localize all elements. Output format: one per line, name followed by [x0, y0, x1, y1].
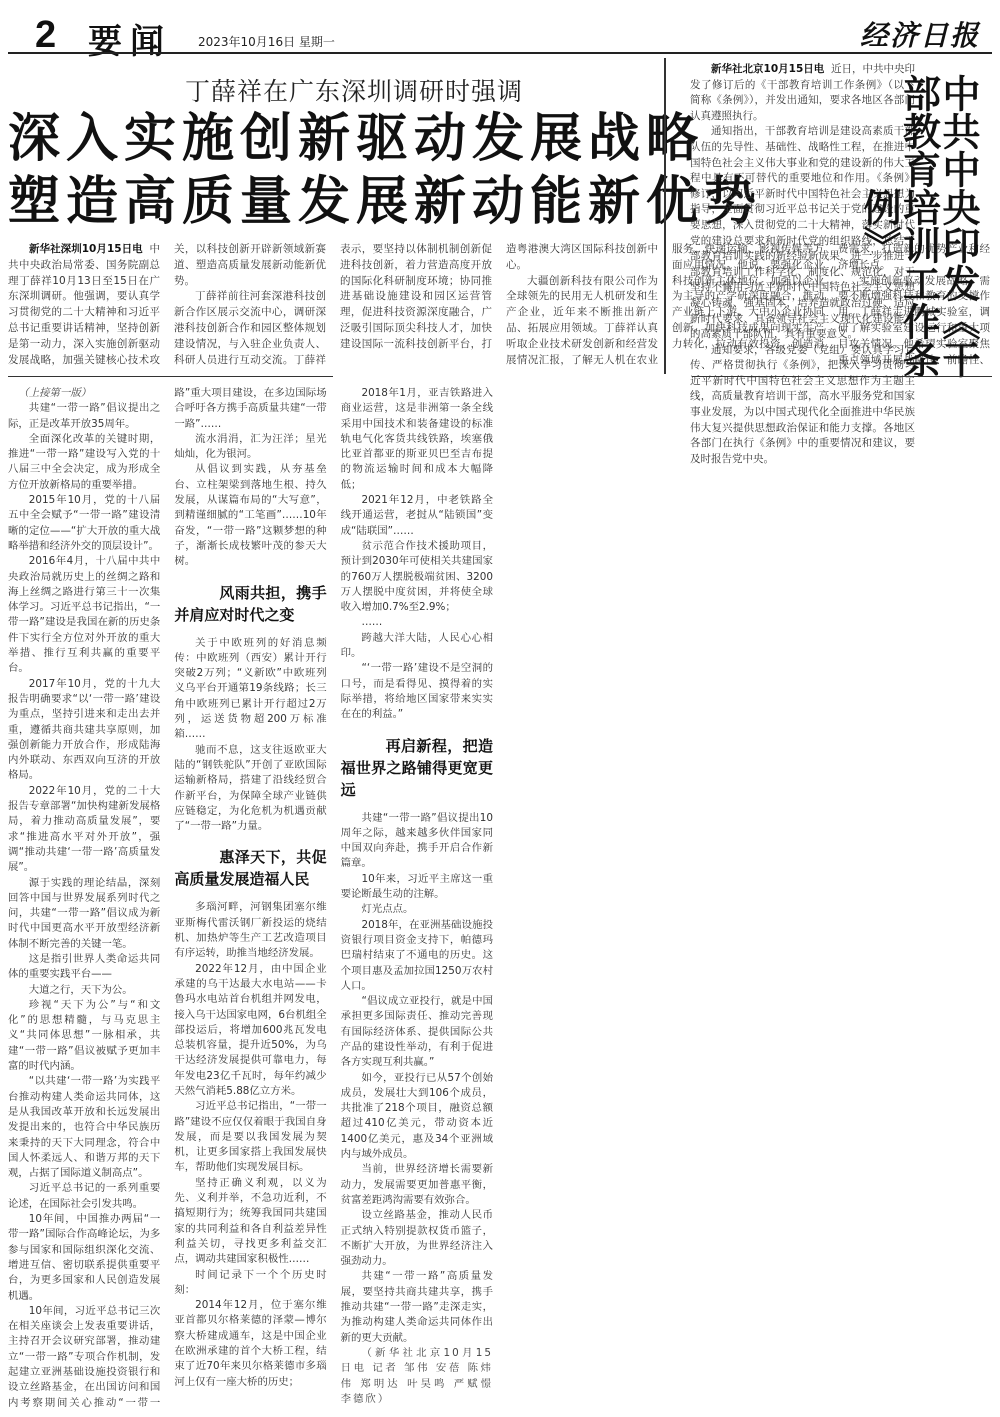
feature-paragraph: 驰而不息，这支往返欧亚大陆的“钢铁驼队”开创了亚欧国际运输新格局，搭建了沿线经贸…: [174, 743, 326, 835]
feature-paragraph: 2022年10月，党的二十大报告专章部署“加快构建新发展格局，着力推动高质量发展…: [8, 784, 160, 876]
feature-paragraph: 10年间，中国推办两届“一带一路”国际合作高峰论坛，为多参与国家和国际组织深化交…: [8, 1212, 160, 1304]
masthead: 2 要闻 2023年10月16日 星期一 经济日报: [0, 0, 1000, 56]
column-divider: [664, 58, 666, 374]
masthead-rule: [8, 52, 992, 54]
feature-paragraph: 2022年12月，由中国企业承建的乌干达最大水电站——卡鲁玛水电站首台机组并网发…: [174, 962, 326, 1100]
feature-paragraph: 2021年12月，中老铁路全线开通运营，老挝从“陆锁国”变成“陆联国”……: [341, 493, 493, 539]
headline-line-2: 塑造高质量发展新动能新优势: [8, 171, 668, 234]
feature-paragraph: “‘一带一路’建设不是空洞的口号，而是看得见、摸得着的实际举措，将给地区国家带来…: [341, 661, 493, 722]
side-vertical-title: 中共中央印发《干部教育培训工作条例》: [926, 66, 978, 386]
continued-from: （上接第一版）: [8, 386, 160, 401]
dateline: 新华社深圳10月15日电: [29, 243, 143, 255]
feature-paragraph: 从倡议到实践，从夯基垒台、立柱架梁到落地生根、持久发展，从谋篇布局的“大写意”，…: [174, 462, 326, 569]
feature-paragraph: 2017年10月，党的十九大报告明确要求“以‘一带一路’建设为重点，坚持引进来和…: [8, 677, 160, 784]
feature-paragraph: 源于实践的理论结晶，深刻回答中国与世界发展系列时代之问，共建“一带一路”倡议成为…: [8, 876, 160, 952]
feature-paragraph: 贫示范合作技术援助项目，预计到2030年可使相关共建国家的760万人摆脱极端贫困…: [341, 539, 493, 615]
section-name: 要闻: [88, 14, 172, 63]
feature-paragraph: 设立丝路基金，推动人民币正式纳入特别提款权货币篮子，不断扩大开放，为世界经济注入…: [341, 1208, 493, 1269]
feature-paragraph: “倡议成立亚投行，就是中国承担更多国际责任、推动完善现有国际经济体系、提供国际公…: [341, 994, 493, 1070]
byline: （新华社北京10月15日电 记者 邹伟 安蓓 陈炜伟 郑明达 叶昊鸣 严赋憬 李…: [341, 1346, 493, 1407]
feature-paragraph: ……: [341, 615, 493, 630]
side-paragraph: 新华社北京10月15日电 近日，中共中央印发了修订后的《干部教育培训工作条例》（…: [690, 62, 915, 124]
feature-paragraph: 坚持正确义利观，以义为先、义利并举，不急功近利，不搞短期行为；统筹我国同共建国家…: [174, 1176, 326, 1268]
feature-paragraph: 10年来，习近平主席这一重要论断最生动的注解。: [341, 872, 493, 903]
headline-line-1: 深入实施创新驱动发展战略: [8, 108, 668, 171]
feature-paragraph: 习近平总书记的一系列重要论述，在国际社会引发共鸣。: [8, 1181, 160, 1212]
feature-paragraph: 大道之行，天下为公。: [8, 983, 160, 998]
section-heading: 风雨共担，携手并肩应对时代之变: [174, 582, 326, 626]
lead-headline: 深入实施创新驱动发展战略 塑造高质量发展新动能新优势: [8, 108, 668, 234]
feature-paragraph: 跨越大洋大陆，人民心心相印。: [341, 631, 493, 662]
feature-paragraph: 共建“一带一路”高质量发展，要坚持共商共建共享，携手推动共建“一带一路”走深走实…: [341, 1269, 493, 1345]
section-heading: 再启新程，把造福世界之路铺得更宽更远: [341, 735, 493, 801]
feature-paragraph: “以共建‘一带一路’为实践平台推动构建人类命运共同体，这是从我国改革开放和长远发…: [8, 1074, 160, 1181]
side-dateline: 新华社北京10月15日电: [711, 63, 824, 75]
feature-article: （上接第一版） 共建“一带一路”倡议提出之际，正是改革开放35周年。 全面深化改…: [8, 386, 992, 1416]
section-heading: 惠泽天下，共促高质量发展造福人民: [174, 846, 326, 890]
section-rule: [8, 376, 333, 377]
issue-date: 2023年10月16日 星期一: [198, 33, 335, 50]
feature-paragraph: 2015年10月，党的十八届五中全会赋予“一带一路”建设清晰的定位——“扩大开放…: [8, 493, 160, 554]
feature-paragraph: 全面深化改革的关键时期，推进“一带一路”建设写入党的十八届三中全会决定，成为形成…: [8, 432, 160, 493]
feature-paragraph: 如今，亚投行已从57个创始成员，发展壮大到106个成员，共批准了218个项目，融…: [341, 1071, 493, 1163]
feature-paragraph: 2018年，在亚洲基础设施投资银行项目资金支持下，帕德玛巴瑞村结束了不通电的历史…: [341, 918, 493, 994]
section-rule: [692, 376, 992, 377]
feature-paragraph: 时间记录下一个个历史时刻：: [174, 1268, 326, 1299]
feature-paragraph: 共建“一带一路”倡议提出之际，正是改革开放35周年。: [8, 401, 160, 432]
feature-paragraph: 流水涓涓，汇为汪洋；星光灿灿，化为银河。: [174, 432, 326, 463]
feature-paragraph: 2018年1月，亚吉铁路进入商业运营，这是非洲第一条全线采用中国技术和装备建设的…: [341, 386, 493, 493]
lead-kicker: 丁薛祥在广东深圳调研时强调: [185, 72, 523, 108]
feature-paragraph: 这是指引世界人类命运共同体的重要实践平台——: [8, 952, 160, 983]
feature-paragraph: 珍视“天下为公”与“和文化”的思想精髓，与马克思主义“共同体思想”一脉相承，共建…: [8, 998, 160, 1074]
feature-paragraph: 共建“一带一路”倡议提出10周年之际，越来越多伙伴国家同中国双向奔赴，携手开启合…: [341, 811, 493, 872]
paper-logo: 经济日报: [860, 14, 980, 54]
lead-body: 新华社深圳10月15日电 中共中央政治局常委、国务院副总理丁薛祥10月13日至1…: [8, 242, 658, 372]
feature-paragraph: 当前，世界经济增长需要新动力，发展需要更加普惠平衡，贫富差距鸿沟需要有效弥合。: [341, 1162, 493, 1208]
feature-paragraph: 多瑙河畔，河钢集团塞尔维亚斯梅代雷沃钢厂新投运的烧结机、加热炉等生产工艺改造项目…: [174, 900, 326, 961]
feature-paragraph: 习近平总书记指出，“一带一路”建设不应仅仅着眼于我国自身发展，而是要以我国发展为…: [174, 1099, 326, 1175]
feature-paragraph: 2016年4月，十八届中共中央政治局就历史上的丝绸之路和海上丝绸之路进行第三十一…: [8, 554, 160, 676]
feature-paragraph: 关于中欧班列的好消息频传：中欧班列（西安）累计开行突破2万列；“义新欧”中欧班列…: [174, 636, 326, 743]
feature-paragraph: 灯光点点。: [341, 902, 493, 917]
feature-paragraph: 2014年12月，位于塞尔维亚首都贝尔格莱德的泽蒙—博尔察大桥建成通车，这是中国…: [174, 1298, 326, 1390]
page-number: 2: [35, 14, 56, 57]
